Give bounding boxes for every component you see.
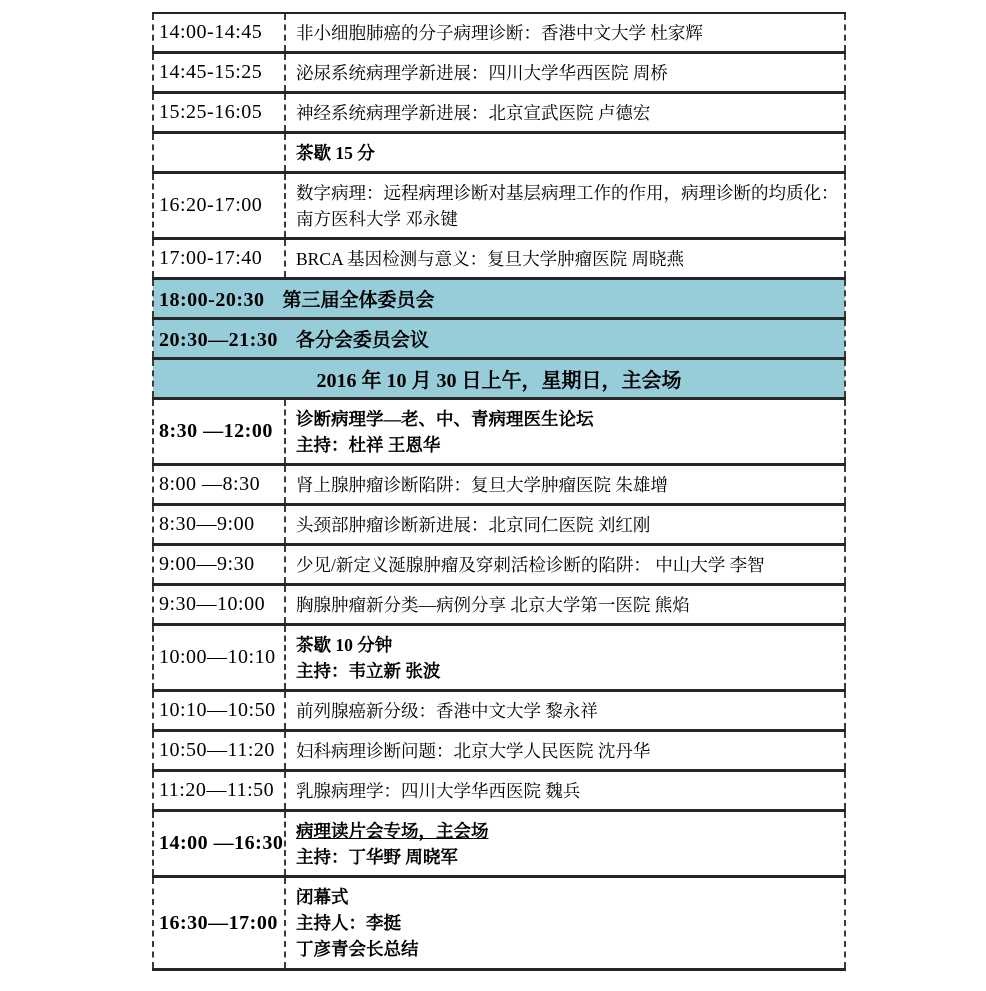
table-row: 16:30—17:00闭幕式主持人：李挺丁彦青会长总结 bbox=[153, 877, 845, 970]
session-text-line: 神经系统病理学新进展：北京宣武医院 卢德宏 bbox=[296, 100, 840, 126]
schedule-table: 14:00-14:45非小细胞肺癌的分子病理诊断：香港中文大学 杜家辉14:45… bbox=[152, 12, 846, 971]
session-text-line: 南方医科大学 邓永键 bbox=[296, 206, 840, 232]
session-text-line: 主持：丁华野 周晓军 bbox=[296, 844, 840, 870]
session-content-cell: 妇科病理诊断问题：北京大学人民医院 沈丹华 bbox=[285, 731, 845, 771]
session-time-cell: 8:00 —8:30 bbox=[153, 465, 285, 505]
session-content-cell: 肾上腺肿瘤诊断陷阱：复旦大学肿瘤医院 朱雄增 bbox=[285, 465, 845, 505]
session-time-cell: 8:30—9:00 bbox=[153, 505, 285, 545]
table-row: 9:30—10:00胸腺肿瘤新分类—病例分享 北京大学第一医院 熊焰 bbox=[153, 585, 845, 625]
session-text-line: 闭幕式 bbox=[296, 884, 840, 910]
session-time-cell: 11:20—11:50 bbox=[153, 771, 285, 811]
session-text-line: 数字病理：远程病理诊断对基层病理工作的作用，病理诊断的均质化： bbox=[296, 180, 840, 206]
session-content-cell: 前列腺癌新分级：香港中文大学 黎永祥 bbox=[285, 691, 845, 731]
session-time-cell: 17:00-17:40 bbox=[153, 239, 285, 279]
table-row: 14:00 —16:30病理读片会专场，主会场主持：丁华野 周晓军 bbox=[153, 811, 845, 877]
session-text-line: 前列腺癌新分级：香港中文大学 黎永祥 bbox=[296, 698, 840, 724]
table-row: 14:45-15:25泌尿系统病理学新进展：四川大学华西医院 周桥 bbox=[153, 53, 845, 93]
session-content-cell: 数字病理：远程病理诊断对基层病理工作的作用，病理诊断的均质化：南方医科大学 邓永… bbox=[285, 173, 845, 239]
session-content-cell: 胸腺肿瘤新分类—病例分享 北京大学第一医院 熊焰 bbox=[285, 585, 845, 625]
plenary-row-cell: 20:30—21:30各分会委员会议 bbox=[153, 319, 845, 359]
session-title: 第三届全体委员会 bbox=[282, 290, 434, 311]
session-content-cell: 乳腺病理学：四川大学华西医院 魏兵 bbox=[285, 771, 845, 811]
schedule-table-body: 14:00-14:45非小细胞肺癌的分子病理诊断：香港中文大学 杜家辉14:45… bbox=[153, 13, 845, 970]
break-content-cell: 茶歇 15 分 bbox=[285, 133, 845, 173]
conference-program-page: 14:00-14:45非小细胞肺癌的分子病理诊断：香港中文大学 杜家辉14:45… bbox=[0, 0, 986, 991]
session-time: 18:00-20:30 bbox=[159, 289, 264, 311]
session-text-line: 肾上腺肿瘤诊断陷阱：复旦大学肿瘤医院 朱雄增 bbox=[296, 472, 840, 498]
session-time-cell bbox=[153, 133, 285, 173]
session-text-line: 非小细胞肺癌的分子病理诊断：香港中文大学 杜家辉 bbox=[296, 20, 840, 46]
session-time-cell: 14:45-15:25 bbox=[153, 53, 285, 93]
session-content-cell: 头颈部肿瘤诊断新进展：北京同仁医院 刘红刚 bbox=[285, 505, 845, 545]
session-text-line: 丁彦青会长总结 bbox=[296, 936, 840, 962]
session-text-line: 胸腺肿瘤新分类—病例分享 北京大学第一医院 熊焰 bbox=[296, 592, 840, 618]
session-time-cell: 16:20-17:00 bbox=[153, 173, 285, 239]
table-row: 11:20—11:50乳腺病理学：四川大学华西医院 魏兵 bbox=[153, 771, 845, 811]
break-content-cell: 茶歇 10 分钟主持：韦立新 张波 bbox=[285, 625, 845, 691]
table-row: 17:00-17:40BRCA 基因检测与意义：复旦大学肿瘤医院 周晓燕 bbox=[153, 239, 845, 279]
session-time-cell: 16:30—17:00 bbox=[153, 877, 285, 970]
session-text-line: 少见/新定义涎腺肿瘤及穿刺活检诊断的陷阱： 中山大学 李智 bbox=[296, 552, 840, 578]
session-content-cell: 泌尿系统病理学新进展：四川大学华西医院 周桥 bbox=[285, 53, 845, 93]
date-header: 2016 年 10 月 30 日上午，星期日，主会场 bbox=[153, 359, 845, 399]
session-text-line: 病理读片会专场，主会场 bbox=[296, 818, 840, 844]
session-time-cell: 8:30 —12:00 bbox=[153, 399, 285, 465]
session-time-cell: 9:30—10:00 bbox=[153, 585, 285, 625]
session-time-cell: 14:00 —16:30 bbox=[153, 811, 285, 877]
table-row: 茶歇 15 分 bbox=[153, 133, 845, 173]
session-text-line: 妇科病理诊断问题：北京大学人民医院 沈丹华 bbox=[296, 738, 840, 764]
table-row: 9:00—9:30少见/新定义涎腺肿瘤及穿刺活检诊断的陷阱： 中山大学 李智 bbox=[153, 545, 845, 585]
session-text-line: 主持：杜祥 王恩华 bbox=[296, 432, 840, 458]
session-time-cell: 9:00—9:30 bbox=[153, 545, 285, 585]
table-row: 2016 年 10 月 30 日上午，星期日，主会场 bbox=[153, 359, 845, 399]
session-text-line: 乳腺病理学：四川大学华西医院 魏兵 bbox=[296, 778, 840, 804]
session-time-cell: 10:10—10:50 bbox=[153, 691, 285, 731]
session-content-cell: 神经系统病理学新进展：北京宣武医院 卢德宏 bbox=[285, 93, 845, 133]
session-text-line: 头颈部肿瘤诊断新进展：北京同仁医院 刘红刚 bbox=[296, 512, 840, 538]
session-content-cell: 非小细胞肺癌的分子病理诊断：香港中文大学 杜家辉 bbox=[285, 13, 845, 53]
table-row: 20:30—21:30各分会委员会议 bbox=[153, 319, 845, 359]
table-row: 8:30—9:00头颈部肿瘤诊断新进展：北京同仁医院 刘红刚 bbox=[153, 505, 845, 545]
table-row: 10:50—11:20妇科病理诊断问题：北京大学人民医院 沈丹华 bbox=[153, 731, 845, 771]
table-row: 14:00-14:45非小细胞肺癌的分子病理诊断：香港中文大学 杜家辉 bbox=[153, 13, 845, 53]
session-content-cell: BRCA 基因检测与意义：复旦大学肿瘤医院 周晓燕 bbox=[285, 239, 845, 279]
plenary-row-cell: 18:00-20:30第三届全体委员会 bbox=[153, 279, 845, 319]
session-content-cell: 少见/新定义涎腺肿瘤及穿刺活检诊断的陷阱： 中山大学 李智 bbox=[285, 545, 845, 585]
session-time: 20:30—21:30 bbox=[159, 329, 278, 351]
session-text-line: 茶歇 15 分 bbox=[296, 140, 840, 166]
table-row: 8:00 —8:30肾上腺肿瘤诊断陷阱：复旦大学肿瘤医院 朱雄增 bbox=[153, 465, 845, 505]
session-content-cell: 病理读片会专场，主会场主持：丁华野 周晓军 bbox=[285, 811, 845, 877]
session-title: 各分会委员会议 bbox=[296, 330, 429, 351]
session-content-cell: 闭幕式主持人：李挺丁彦青会长总结 bbox=[285, 877, 845, 970]
session-text-line: 诊断病理学—老、中、青病理医生论坛 bbox=[296, 406, 840, 432]
session-time-cell: 10:00—10:10 bbox=[153, 625, 285, 691]
session-time-cell: 14:00-14:45 bbox=[153, 13, 285, 53]
session-content-cell: 诊断病理学—老、中、青病理医生论坛主持：杜祥 王恩华 bbox=[285, 399, 845, 465]
session-time-cell: 15:25-16:05 bbox=[153, 93, 285, 133]
session-text-line: 茶歇 10 分钟 bbox=[296, 632, 840, 658]
table-row: 15:25-16:05神经系统病理学新进展：北京宣武医院 卢德宏 bbox=[153, 93, 845, 133]
session-time-cell: 10:50—11:20 bbox=[153, 731, 285, 771]
table-row: 10:00—10:10茶歇 10 分钟主持：韦立新 张波 bbox=[153, 625, 845, 691]
session-text-line: 泌尿系统病理学新进展：四川大学华西医院 周桥 bbox=[296, 60, 840, 86]
session-text-line: 主持人：李挺 bbox=[296, 910, 840, 936]
table-row: 8:30 —12:00诊断病理学—老、中、青病理医生论坛主持：杜祥 王恩华 bbox=[153, 399, 845, 465]
table-row: 18:00-20:30第三届全体委员会 bbox=[153, 279, 845, 319]
session-text-line: 主持：韦立新 张波 bbox=[296, 658, 840, 684]
table-row: 16:20-17:00数字病理：远程病理诊断对基层病理工作的作用，病理诊断的均质… bbox=[153, 173, 845, 239]
table-row: 10:10—10:50前列腺癌新分级：香港中文大学 黎永祥 bbox=[153, 691, 845, 731]
session-text-line: BRCA 基因检测与意义：复旦大学肿瘤医院 周晓燕 bbox=[296, 246, 840, 272]
